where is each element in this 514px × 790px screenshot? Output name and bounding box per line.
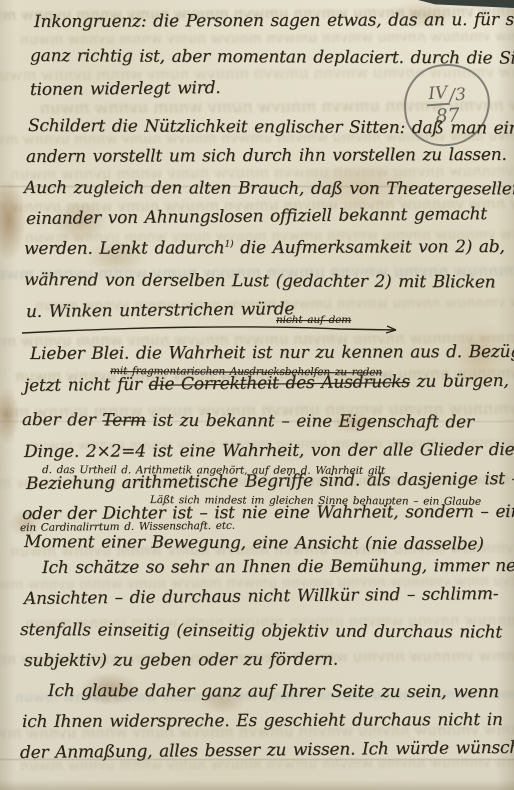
manuscript-line: Dinge. 2×2=4 ist eine Wahrheit, von der … [24, 442, 514, 461]
manuscript-line: Ich glaube daher ganz auf Ihrer Seite zu… [48, 683, 499, 701]
manuscript-line: oder der Dichter ist – ist nie eine Wahr… [22, 504, 514, 523]
manuscript-line: subjektiv) zu geben oder zu fördern. [24, 652, 338, 670]
paper-bottom-edge [0, 780, 514, 790]
manuscript-line: aber der Term ist zu bekannt – eine Eige… [22, 412, 474, 431]
section-divider-line [20, 322, 412, 340]
stamp-fraction-part: /3 [449, 86, 467, 104]
manuscript-line: tionen widerlegt wird. [30, 80, 221, 99]
line-text: zu bürgen, [410, 371, 509, 392]
manuscript-line: andern vorstellt um sich durch ihn vorst… [26, 147, 507, 166]
manuscript-line: werden. Lenkt dadurch1) die Aufmerksamke… [24, 239, 505, 258]
deleted-text: Term [102, 410, 146, 430]
manuscript-line: Auch zugleich den alten Brauch, daß von … [24, 180, 514, 198]
manuscript-line: einander von Ahnungslosen offiziell beka… [26, 206, 487, 228]
manuscript-line: stenfalls einseitig (einseitig objektiv … [20, 622, 502, 642]
manuscript-line: der Anmaßung, alles besser zu wissen. Ic… [20, 739, 514, 762]
deleted-text: die Correktheit des Ausdrucks [148, 372, 410, 395]
manuscript-line: während von derselben Lust (gedachter 2)… [24, 272, 496, 291]
manuscript-line: Ich schätze so sehr an Ihnen die Bemühun… [42, 558, 514, 577]
ink-stain [0, 388, 20, 444]
line-text: die Wahrheit ist nur zu kennen aus d. Be… [129, 342, 514, 364]
line-text: jetzt nicht für [24, 375, 149, 396]
manuscript-line: Moment einer Bewegung, eine Ansicht (nie… [24, 534, 484, 553]
scan-background-corner [418, 0, 514, 8]
manuscript-line: u. Winken unterstrichen würde [26, 301, 294, 321]
manuscript-line: Inkongruenz: die Personen sagen etwas, d… [34, 12, 514, 31]
manuscript-line: Schildert die Nützlichkeit englischer Si… [28, 118, 514, 138]
ink-stain [0, 178, 26, 262]
manuscript-line: ich Ihnen widerspreche. Es geschieht dur… [22, 712, 503, 731]
manuscript-line: Beziehung arithmetische Begriffe sind. a… [26, 471, 514, 493]
stamp-roman-numeral: IV [426, 84, 450, 106]
divider-inserted-note: nicht auf dem [276, 315, 351, 326]
manuscript-line: jetzt nicht für die Correktheit des Ausd… [24, 373, 509, 395]
line-text: werden. Lenkt dadurch [24, 238, 225, 259]
line-text: aber der [22, 410, 102, 430]
stamp-upper-value: IV/3 [426, 83, 467, 106]
salutation: Lieber Blei. [30, 344, 129, 364]
line-text: ist zu bekannt – eine Eigenschaft der [146, 411, 474, 433]
manuscript-line: Lieber Blei. die Wahrheit ist nur zu ken… [30, 344, 514, 363]
manuscript-page: nmvwnu mnvu nmw vmnnuw nnvmu wmvnn umwvn… [0, 0, 514, 790]
manuscript-line: Ansichten – die durchaus nicht Willkür s… [24, 586, 498, 608]
line-text: die Aufmerksamkeit von 2) ab, [233, 237, 504, 258]
